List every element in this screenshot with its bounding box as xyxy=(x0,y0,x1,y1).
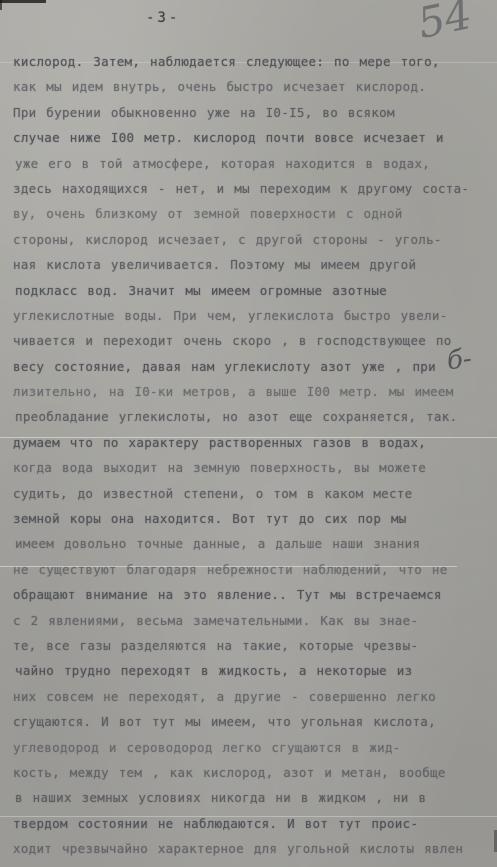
text-line: земной коры она находится. Вот тут до си… xyxy=(13,506,491,531)
text-line: имеем довольно точные данные, а дальше н… xyxy=(15,531,493,556)
text-line: в наших земных условиях никогда ни в жид… xyxy=(15,785,493,810)
text-line: как мы идем внутрь, очень быстро исчезае… xyxy=(13,74,491,99)
handwritten-correction: б- xyxy=(445,344,473,376)
text-line: сгущаются. И вот тут мы имеем, что уголь… xyxy=(13,709,491,734)
text-line: обращают внимание на это явление.. Тут м… xyxy=(13,582,491,607)
text-line: когда вода выходит на земную поверхность… xyxy=(13,455,491,480)
text-line: ву, очень близкому от земной поверхности… xyxy=(13,201,491,226)
text-line: думаем что по характеру растворенных газ… xyxy=(13,430,491,455)
text-line: чивается и переходит очень скоро , в гос… xyxy=(13,328,491,353)
text-line: те, все газы разделяются на такие, котор… xyxy=(13,633,491,658)
text-line: ходит чрезвычайно характерное для угольн… xyxy=(13,836,491,861)
text-line: чайно трудно переходят в жидкость, а нек… xyxy=(15,658,493,683)
text-line: случае ниже I00 метр. кислород почти вов… xyxy=(13,125,491,150)
text-line: преобладание углекислоты, но азот еще со… xyxy=(15,404,493,429)
text-line: При бурении обыкновенно уже на I0-I5, во… xyxy=(13,100,491,125)
typewritten-text: кислород. Затем, наблюдается следующее: … xyxy=(13,49,491,862)
paper-edge-shadow xyxy=(0,0,46,3)
text-line: них совсем не переходят, а другие - сове… xyxy=(13,684,491,709)
text-line: углеводород и сероводород легко сгущаютс… xyxy=(13,735,491,760)
text-line: весу состояние, давая нам углекислоту аз… xyxy=(13,354,491,379)
text-line: с 2 явлениями, весьма замечательными. Ка… xyxy=(13,608,491,633)
scanned-page: -3- 54 кислород. Затем, наблюдается след… xyxy=(0,0,497,867)
handwritten-folio-number: 54 xyxy=(413,0,475,48)
text-line: уже его в той атмосфере, которая находит… xyxy=(15,151,493,176)
text-line: лизительно, на I0-ки метров, а выше I00 … xyxy=(13,379,491,404)
text-line: подкласс вод. Значит мы имеем огромные а… xyxy=(15,278,493,303)
text-line: судить, до известной степени, о том в ка… xyxy=(13,481,491,506)
text-line: здесь находящихся - нет, и мы переходим … xyxy=(13,176,491,201)
text-line: кислород. Затем, наблюдается следующее: … xyxy=(13,49,491,74)
text-line: не существуют благодаря небрежности набл… xyxy=(13,557,491,582)
text-line: стороны, кислород исчезает, с другой сто… xyxy=(13,227,491,252)
text-line: кость, между тем , как кислород, азот и … xyxy=(13,760,491,785)
paper-edge-shadow xyxy=(0,0,2,10)
text-line: ная кислота увеличивается. Поэтому мы им… xyxy=(13,252,491,277)
text-line: углекислотные воды. При чем, углекислота… xyxy=(13,303,491,328)
page-number: -3- xyxy=(146,10,180,26)
text-line: твердом состоянии не наблюдаются. И вот … xyxy=(13,811,491,836)
